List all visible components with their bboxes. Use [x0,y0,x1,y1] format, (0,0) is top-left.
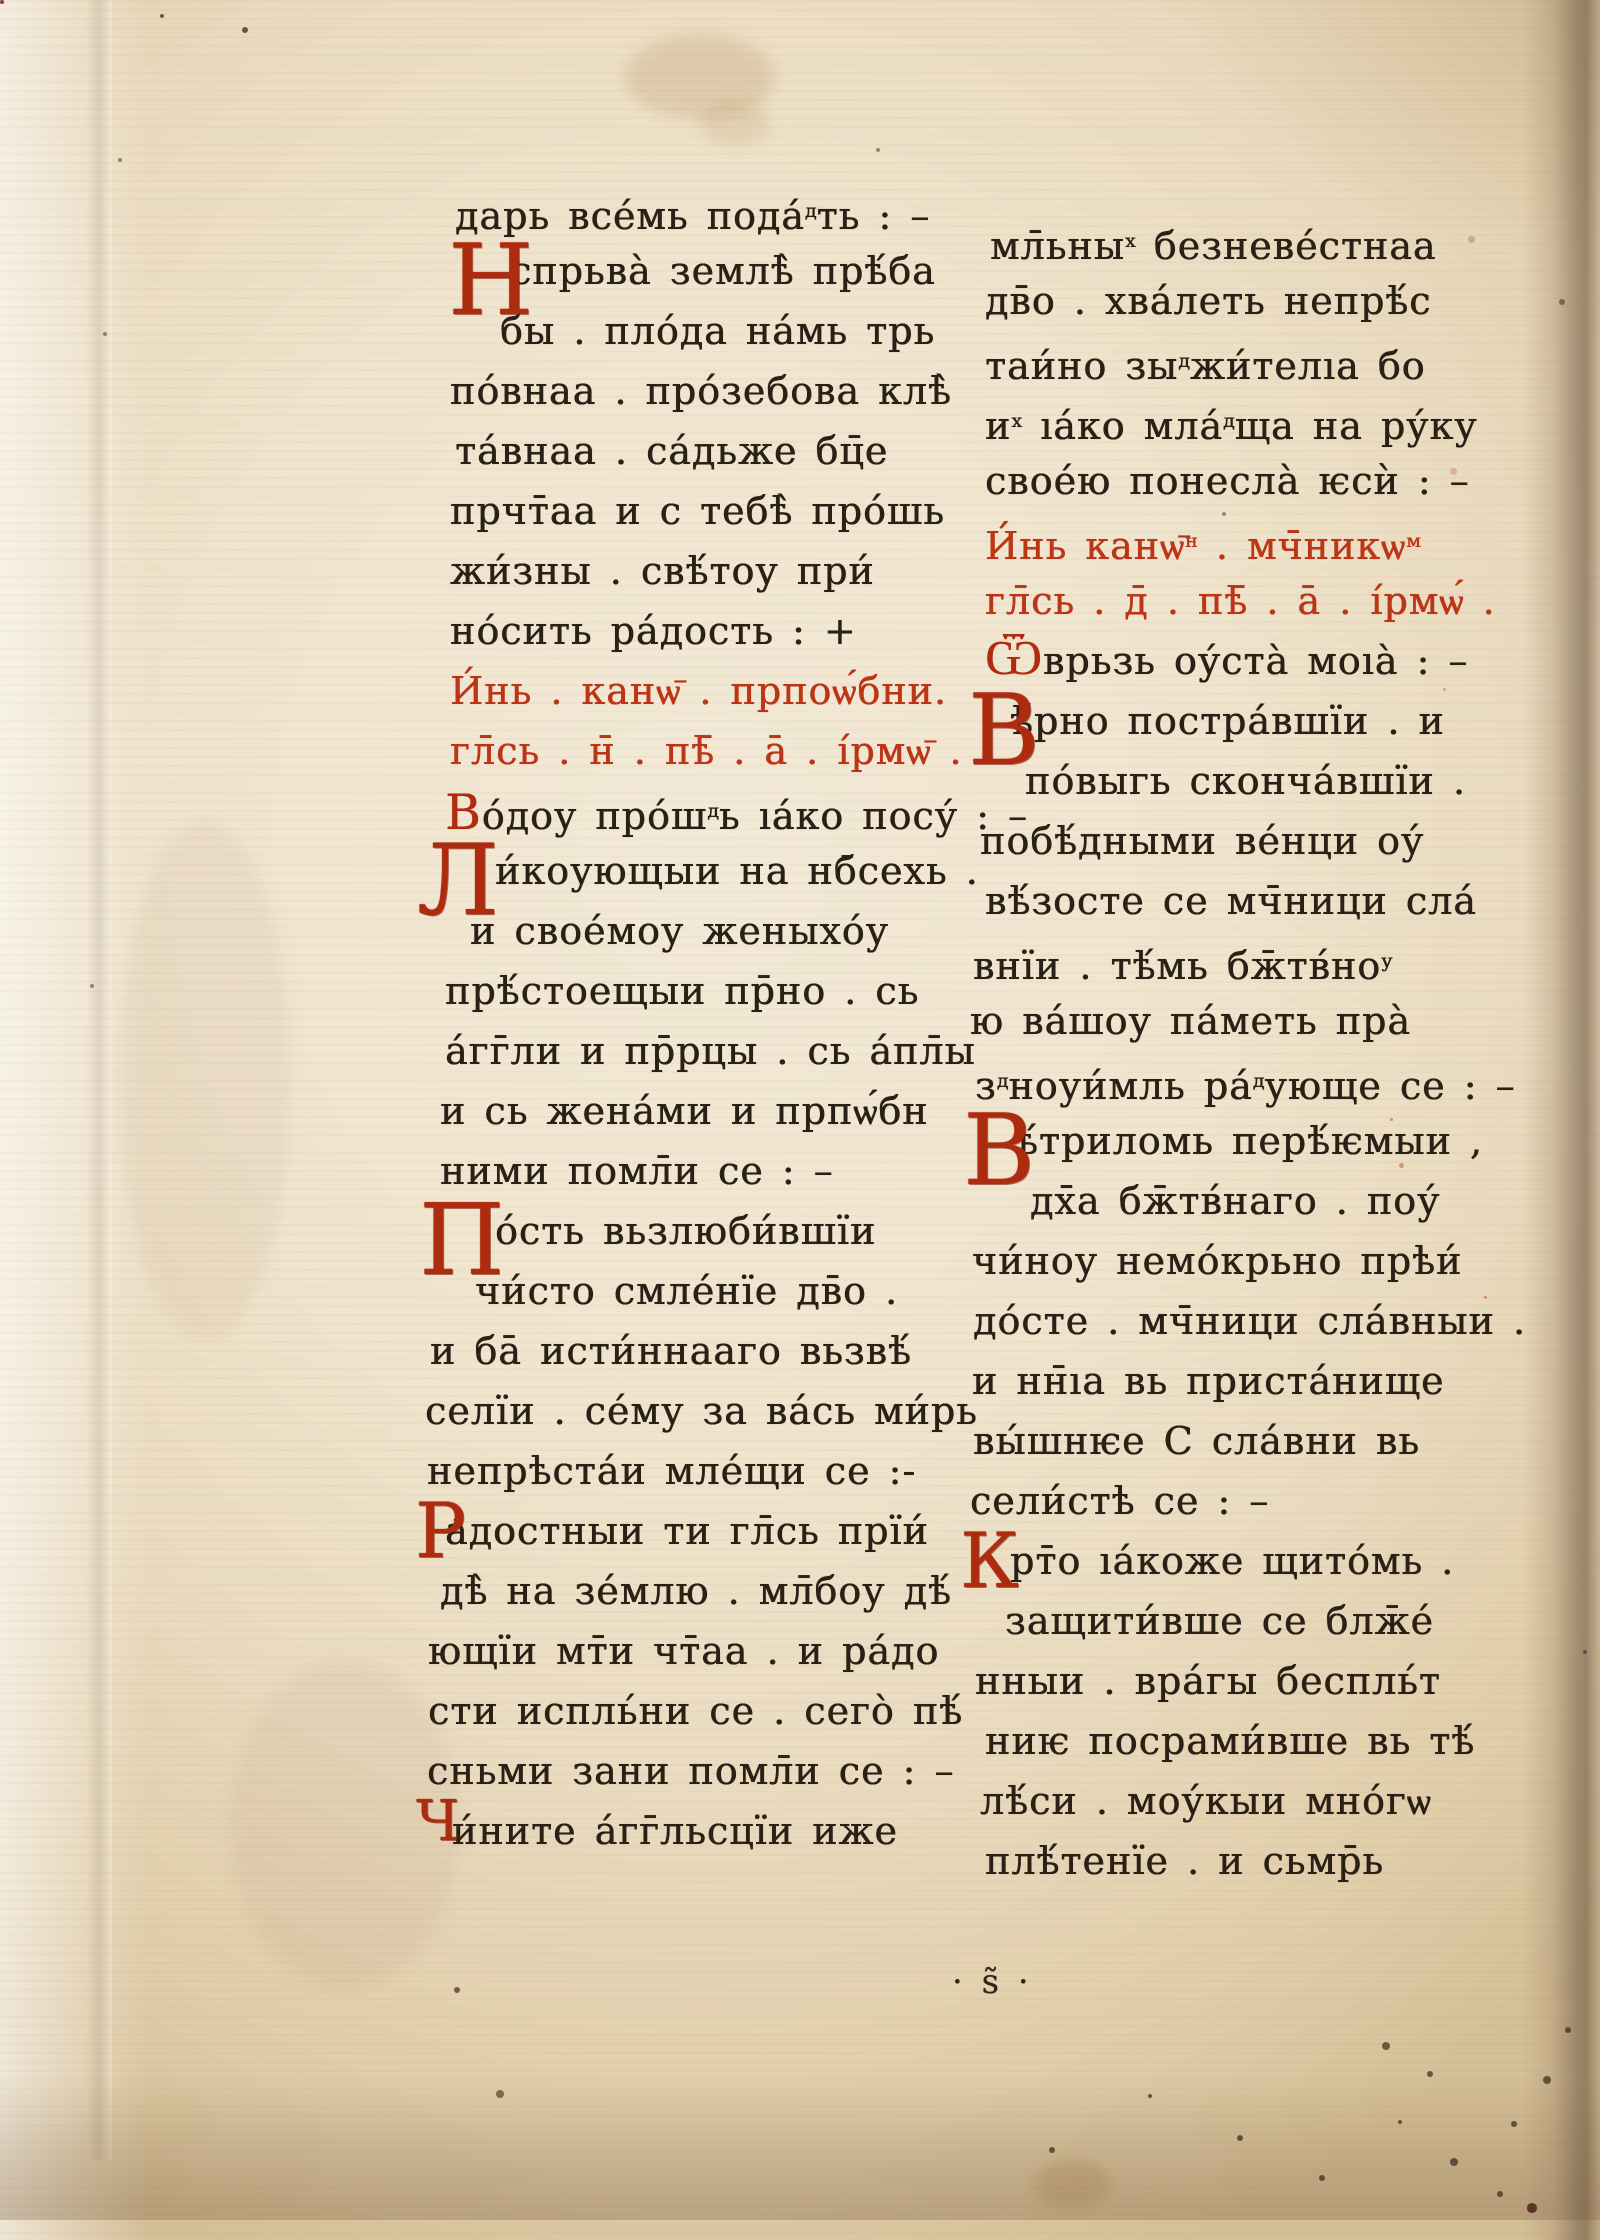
text-segment: ща на ру́ку [1235,404,1478,448]
text-segment: и [985,404,1011,448]
text-line: Во́доу про́шдь ıа́ко посу́ : – [445,781,960,841]
rubric-initial: Ч [416,1797,460,1847]
text-line: по́выгь сконча́вшїи . [1025,751,1490,811]
text-segment: жи́зны . свѣ́тоу при́ [450,549,875,593]
text-segment: о́доу про́ш [482,794,707,838]
text-segment: и́ните а́гг̄льсцїи иже [452,1809,898,1853]
text-line: по́внаа . про́зебова клѣ̀ [450,361,960,421]
text-line: побѣ́дными ве́нци оу́ [980,811,1490,871]
text-line: здноуи́мль ра́дующе се : – [975,1051,1490,1111]
text-line: та́внаа . са́дьже бц̄е [455,421,960,481]
text-line: свое́ю понесла̀ ѥсѝ : – [985,451,1490,511]
rubric-initial: Р [415,1497,467,1565]
rubric-initial: В [963,1107,1036,1195]
text-line: внїи . тѣ́мь бж̄тв́ноу [973,931,1490,991]
text-line: таи́но зыджи́телıа бо [985,331,1490,391]
text-segment: спрьва̀ землѣ̀ прѣ́ба [510,249,936,293]
text-segment: и сь жена́ми и прпѡ́бн [440,1089,929,1133]
text-line: ниѥ посрами́вше вь тѣ́ [985,1711,1490,1771]
red-offset-marks [0,0,3,3]
text-segment: и свое́моу женыхо́у [470,909,889,953]
superscript-letter: у [1381,950,1392,972]
manuscript-scan: { "document_type": "manuscript-page", "s… [0,0,1600,2240]
text-segment: бы . пло́да на́мь трь [500,309,935,353]
text-line: нныи . вра́гы беспль́т [975,1651,1490,1711]
text-segment: дх̄а бж̄тв́наго . поу́ [1030,1179,1440,1223]
quire-signature: · ѕ̃ · [952,1962,1033,2002]
rubric-text: гл̄сь . н̄ . пѣ̄ . а̄ . і́рмѡ̄ . [450,729,962,773]
text-line: вы́шнѥе С сла́вни вь [973,1411,1490,1471]
text-line: селїи . се́му за ва́сь ми́рь [425,1381,960,1441]
superscript-letter: д [707,800,719,822]
text-line: ними помл̄и се : – [440,1141,960,1201]
text-segment: врьзь оу́ста̀ моıа̀ : – [1043,639,1468,683]
text-line: плѣ́тенїе . и сьмр̄ь [985,1831,1490,1891]
text-segment: лѣ́си . моу́кыи мно́гѡ [980,1779,1432,1823]
text-segment: чи́сто смле́нїе дв̄о . [475,1269,898,1313]
text-line: сели́стѣ се : – [970,1471,1490,1531]
text-segment: сти испль́ни се . сего̀ пѣ́ [428,1689,963,1733]
text-line: Ли́коующыи на нб̄сехь . [495,841,960,901]
text-line: Крт̄о ıа́коже щито́мь . [1010,1531,1490,1591]
text-segment: прѣ́стоещыи пр̄но . сь [445,969,919,1013]
text-segment: ѣ́рно постра́вшїи . и [1010,699,1445,743]
text-segment: ноуи́мль ра́ [1008,1064,1252,1108]
text-segment: рт̄о ıа́коже щито́мь . [1010,1539,1454,1583]
text-line: По́сть вьзлюби́вшїи [495,1201,960,1261]
text-line: лѣ́си . моу́кыи мно́гѡ [980,1771,1490,1831]
text-segment: нныи . вра́гы беспль́т [975,1659,1441,1703]
text-line: ю ва́шоу па́меть пра̀ [970,991,1490,1051]
text-segment: о́сть вьзлюби́вшїи [495,1209,876,1253]
text-segment: а́гг̄ли и пр̄рцы . сь а́пл̄ы [445,1029,976,1073]
text-line: Ѿврьзь оу́ста̀ моıа̀ : – [985,631,1490,691]
text-column-right: мл̄ьных безневе́стнаадв̄о . хва́леть неп… [985,211,1490,1891]
superscript-letter: д [997,1070,1009,1092]
text-segment: и нн̄ıа вь приста́нище [972,1359,1445,1403]
text-segment: мл̄ьны [990,224,1125,268]
text-segment: внїи . тѣ́мь бж̄тв́но [973,944,1381,988]
manuscript-page: дарь все́мь пода́дть : –Нспрьва̀ землѣ̀ … [0,0,1600,2240]
text-line: до́сте . мч̄ници сла́вныи . [973,1291,1490,1351]
text-segment: вы́шнѥе С сла́вни вь [973,1419,1420,1463]
text-line: дв̄о . хва́леть непрѣ́с [985,271,1490,331]
superscript-letter: д [1253,1070,1265,1092]
text-segment: до́сте . мч̄ници сла́вныи . [973,1299,1526,1343]
text-line: и нн̄ıа вь приста́нище [972,1351,1490,1411]
text-segment: ıа́ко мла́ [1022,404,1223,448]
text-line: гл̄сь . н̄ . пѣ̄ . а̄ . і́рмѡ̄ . [450,721,960,781]
text-line: И́нь . канѡ̄ . прпоѡ́бни. [450,661,960,721]
text-line: ющїи мт̄и чт̄аа . и ра́до [428,1621,960,1681]
rubric-text: . мч̄никѡ [1198,524,1406,568]
superscript-letter: н [1185,530,1198,552]
superscript-letter: д [1178,350,1190,372]
text-line: гл̄сь . д̄ . пѣ̄ . а̄ . і́рмѡ́ . [985,571,1490,631]
text-segment: по́выгь сконча́вшїи . [1025,759,1466,803]
text-segment: ю ва́шоу па́меть пра̀ [970,999,1411,1043]
text-line: а́гг̄ли и пр̄рцы . сь а́пл̄ы [445,1021,960,1081]
text-line: их ıа́ко мла́дща на ру́ку [985,391,1490,451]
text-line: защити́вше се блж̄е́ [1005,1591,1490,1651]
text-segment: вѣ́зосте се мч̄ници сла́ [985,879,1477,923]
rubric-initial: К [960,1527,1020,1595]
text-segment: ниѥ посрами́вше вь тѣ́ [985,1719,1475,1763]
text-line: непрѣста́и мле́щи се :- [427,1441,960,1501]
text-segment: та́внаа . са́дьже бц̄е [455,429,888,473]
text-segment: побѣ́дными ве́нци оу́ [980,819,1424,863]
text-segment: и́коующыи на нб̄сехь . [495,849,979,893]
text-line: мл̄ьных безневе́стнаа [990,211,1490,271]
text-line: Вѣ́рно постра́вшїи . и [1010,691,1490,751]
text-line: дѣ̀ на зе́млю . мл̄боу дѣ́ [440,1561,960,1621]
text-line: прѣ́стоещыи пр̄но . сь [445,961,960,1021]
text-segment: свое́ю понесла̀ ѥсѝ : – [985,459,1470,503]
text-segment: защити́вше се блж̄е́ [1005,1599,1434,1643]
text-segment: дв̄о . хва́леть непрѣ́с [985,279,1431,323]
text-line: сти испль́ни се . сего̀ пѣ́ [428,1681,960,1741]
text-line: вѣ́зосте се мч̄ници сла́ [985,871,1490,931]
text-line: Чи́ните а́гг̄льсцїи иже [452,1801,960,1861]
text-line: и сь жена́ми и прпѡ́бн [440,1081,960,1141]
superscript-letter: х [1125,230,1136,252]
text-segment: а́достныи ти гл̄сь прїи́ [445,1509,929,1553]
text-segment: и ба̄ исти́ннааго вьзвѣ́ [430,1329,912,1373]
text-segment: сньми зани помл̄и се : – [427,1749,954,1793]
text-segment: плѣ́тенїе . и сьмр̄ь [985,1839,1384,1883]
bottom-edge-shade [0,2075,1600,2220]
text-line: Ра́достныи ти гл̄сь прїи́ [445,1501,960,1561]
text-line: и свое́моу женыхо́у [470,901,960,961]
text-segment: жи́телıа бо [1190,344,1426,388]
text-segment: таи́но зы [985,344,1178,388]
text-segment: ующе се : – [1264,1064,1515,1108]
text-line: дх̄а бж̄тв́наго . поу́ [1030,1171,1490,1231]
text-segment: ѣ́триломь перѣ́ѥмыи , [1015,1119,1483,1163]
text-segment: чи́ноу немо́крьно прѣи́ [972,1239,1462,1283]
text-segment: селїи . се́му за ва́сь ми́рь [425,1389,978,1433]
superscript-letter: д [805,200,817,222]
text-line: но́сить ра́дость : + [450,601,960,661]
text-segment: ющїи мт̄и чт̄аа . и ра́до [428,1629,939,1673]
rubric-text: И́нь канѡ̄ [985,524,1185,568]
rubric-text: гл̄сь . д̄ . пѣ̄ . а̄ . і́рмѡ́ . [985,579,1496,623]
superscript-letter: д [1223,410,1235,432]
text-segment: но́сить ра́дость : + [450,609,857,653]
superscript-letter: х [1011,410,1022,432]
rubric-text: И́нь . канѡ̄ . прпоѡ́бни. [450,669,947,713]
text-line: Вѣ́триломь перѣ́ѥмыи , [1015,1111,1490,1171]
text-line: Нспрьва̀ землѣ̀ прѣ́ба [510,241,960,301]
text-line: чи́сто смле́нїе дв̄о . [475,1261,960,1321]
gutter-shadow [1522,0,1600,2240]
text-line: прчт̄аа и с тебѣ̀ про́шь [450,481,960,541]
text-line: И́нь канѡ̄н . мч̄никѡм [985,511,1490,571]
text-line: сньми зани помл̄и се : – [427,1741,960,1801]
text-line: бы . пло́да на́мь трь [500,301,960,361]
text-segment: дѣ̀ на зе́млю . мл̄боу дѣ́ [440,1569,952,1613]
text-segment: ть : – [817,194,931,238]
text-line: чи́ноу немо́крьно прѣи́ [972,1231,1490,1291]
text-segment: непрѣста́и мле́щи се :- [427,1449,916,1493]
text-segment: по́внаа . про́зебова клѣ̀ [450,369,952,413]
text-line: жи́зны . свѣ́тоу при́ [450,541,960,601]
text-segment: прчт̄аа и с тебѣ̀ про́шь [450,489,945,533]
text-segment: безневе́стнаа [1136,224,1437,268]
text-line: и ба̄ исти́ннааго вьзвѣ́ [430,1321,960,1381]
superscript-letter: м [1406,530,1421,552]
text-column-left: дарь все́мь пода́дть : –Нспрьва̀ землѣ̀ … [440,181,960,1861]
